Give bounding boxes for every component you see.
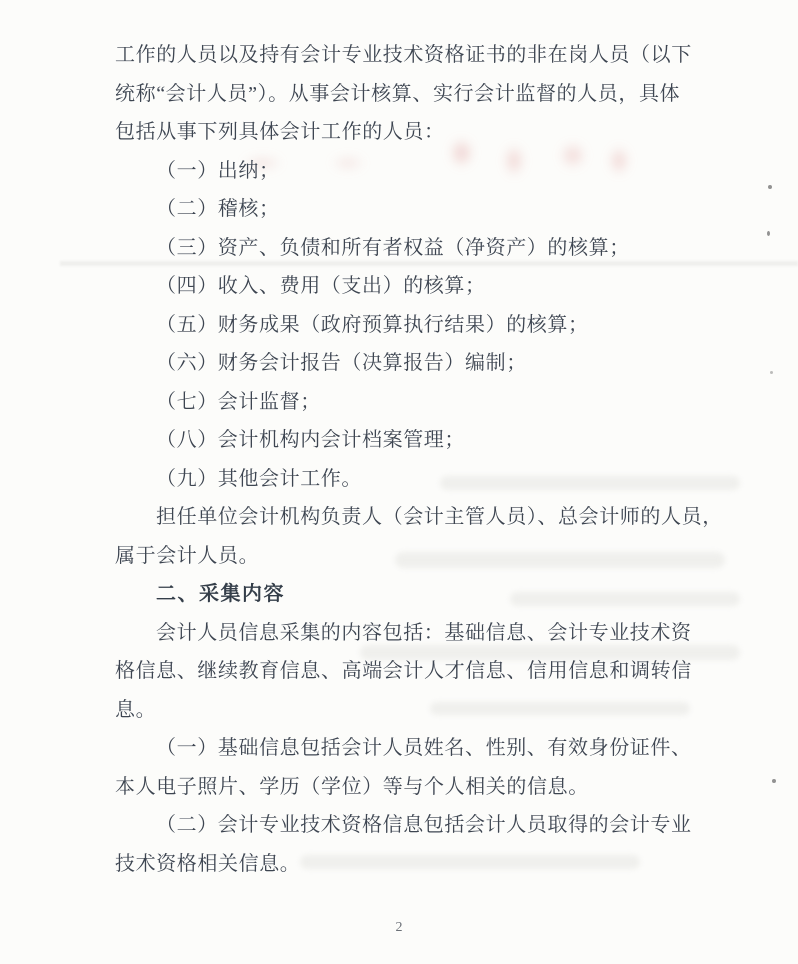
text-line: （四）收入、费用（支出）的核算；	[115, 267, 693, 306]
text-line: （七）会计监督；	[115, 383, 693, 422]
text-line: （二）稽核；	[115, 190, 693, 229]
text-line: （二）会计专业技术资格信息包括会计人员取得的会计专业	[115, 806, 693, 845]
text-line: （八）会计机构内会计档案管理；	[115, 421, 693, 460]
text-line: 息。	[115, 691, 693, 730]
page-number: 2	[0, 920, 798, 936]
text-line: 格信息、继续教育信息、高端会计人才信息、信用信息和调转信	[115, 652, 693, 691]
text-line: 本人电子照片、学历（学位）等与个人相关的信息。	[115, 768, 693, 807]
scan-speck-artifact	[772, 779, 776, 783]
text-line: （三）资产、负债和所有者权益（净资产）的核算；	[115, 229, 693, 268]
text-line: 统称“会计人员”）。从事会计核算、实行会计监督的人员，具体	[115, 75, 693, 114]
text-line: 技术资格相关信息。	[115, 845, 693, 884]
text-line: 工作的人员以及持有会计专业技术资格证书的非在岗人员（以下	[115, 36, 693, 75]
scan-speck-artifact	[770, 371, 773, 374]
scan-speck-artifact	[768, 185, 772, 189]
text-line: （一）基础信息包括会计人员姓名、性别、有效身份证件、	[115, 729, 693, 768]
scanned-document-page: 工作的人员以及持有会计专业技术资格证书的非在岗人员（以下统称“会计人员”）。从事…	[0, 0, 798, 964]
section-heading: 二、采集内容	[115, 575, 693, 614]
text-line: （五）财务成果（政府预算执行结果）的核算；	[115, 306, 693, 345]
text-line: 会计人员信息采集的内容包括：基础信息、会计专业技术资	[115, 614, 693, 653]
text-line: 担任单位会计机构负责人（会计主管人员）、总会计师的人员，	[115, 498, 693, 537]
text-line: （六）财务会计报告（决算报告）编制；	[115, 344, 693, 383]
text-line: （一）出纳；	[115, 152, 693, 191]
text-line: 包括从事下列具体会计工作的人员：	[115, 113, 693, 152]
text-line: （九）其他会计工作。	[115, 460, 693, 499]
document-body: 工作的人员以及持有会计专业技术资格证书的非在岗人员（以下统称“会计人员”）。从事…	[115, 36, 693, 883]
scan-speck-artifact	[767, 231, 770, 236]
text-line: 属于会计人员。	[115, 537, 693, 576]
